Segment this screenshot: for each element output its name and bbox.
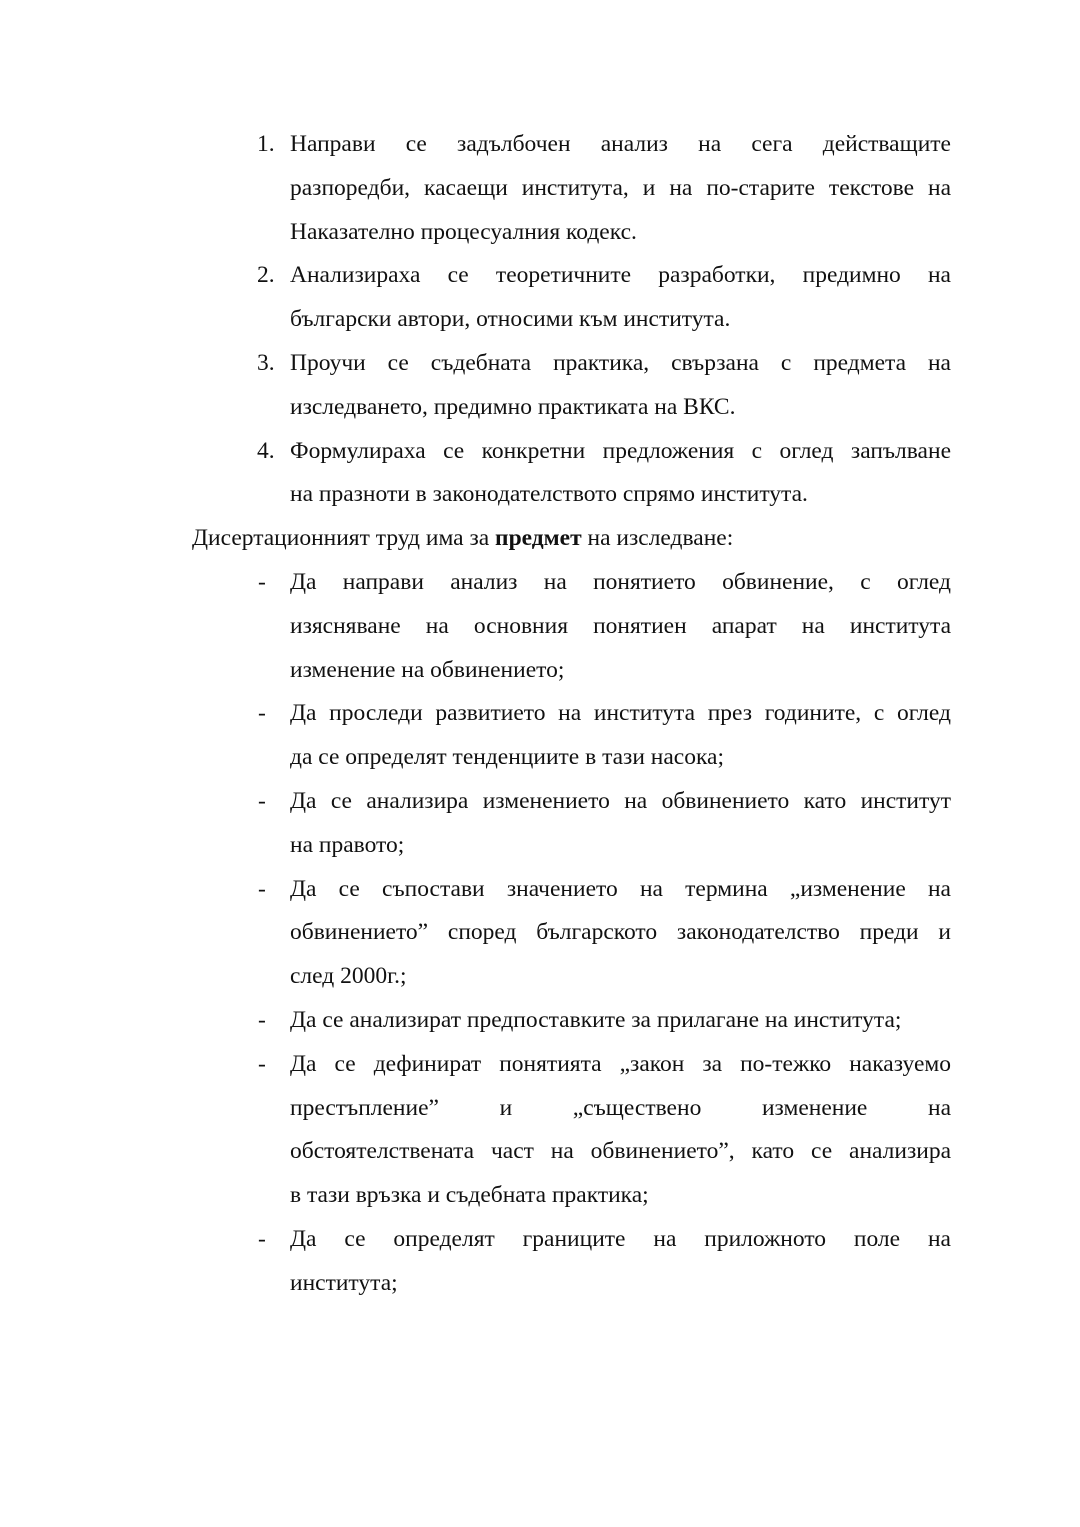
bullet-list-item-line: Да се съпостави значението на термина „и… bbox=[290, 874, 951, 904]
bullet-list-item-line: Да проследи развитието на института през… bbox=[290, 698, 951, 728]
numbered-list-item-line: Анализираха се теоретичните разработки, … bbox=[290, 260, 951, 290]
intro-text-before: Дисертационният труд има за bbox=[192, 525, 495, 551]
bullet-list-item-line: в тази връзка и съдебната практика; bbox=[290, 1180, 649, 1210]
numbered-list-item-line: разпоредби, касаещи института, и на по-с… bbox=[290, 173, 951, 203]
bullet-list-marker: - bbox=[258, 1224, 266, 1254]
numbered-list-item-line: Формулираха се конкретни предложения с о… bbox=[290, 436, 951, 466]
numbered-list-marker: 4. bbox=[257, 436, 275, 466]
bullet-list-item-line: на правото; bbox=[290, 830, 404, 860]
numbered-list-item-line: Наказателно процесуалния кодекс. bbox=[290, 217, 637, 247]
bullet-list-item-line: изясняване на основния понятиен апарат н… bbox=[290, 611, 951, 641]
intro-bold-term: предмет bbox=[495, 525, 582, 551]
numbered-list-marker: 2. bbox=[257, 260, 275, 290]
bullet-list-item-line: обвинението” според българското законода… bbox=[290, 917, 951, 947]
bullet-list-item-line: обстоятелствената част на обвинението”, … bbox=[290, 1136, 951, 1166]
numbered-list-item-line: Направи се задълбочен анализ на сега дей… bbox=[290, 129, 951, 159]
intro-paragraph: Дисертационният труд има за предмет на и… bbox=[192, 523, 733, 553]
numbered-list-item-line: на празноти в законодателството спрямо и… bbox=[290, 479, 808, 509]
bullet-list-marker: - bbox=[258, 1049, 266, 1079]
numbered-list-marker: 3. bbox=[257, 348, 275, 378]
bullet-list-item-line: изменение на обвинението; bbox=[290, 655, 564, 685]
intro-text-after: на изследване: bbox=[582, 525, 734, 551]
bullet-list-marker: - bbox=[258, 567, 266, 597]
bullet-list-item-line: Да се дефинират понятията „закон за по-т… bbox=[290, 1049, 951, 1079]
bullet-list-item-line: Да се анализира изменението на обвинение… bbox=[290, 786, 951, 816]
bullet-list-item-line: след 2000г.; bbox=[290, 961, 407, 991]
bullet-list-marker: - bbox=[258, 786, 266, 816]
numbered-list-item-line: български автори, относими към института… bbox=[290, 304, 730, 334]
numbered-list-marker: 1. bbox=[257, 129, 275, 159]
numbered-list-item-line: изследването, предимно практиката на ВКС… bbox=[290, 392, 735, 422]
bullet-list-item-line: да се определят тенденциите в тази насок… bbox=[290, 742, 724, 772]
bullet-list-item-line: Да направи анализ на понятието обвинение… bbox=[290, 567, 951, 597]
bullet-list-marker: - bbox=[258, 1005, 266, 1035]
bullet-list-item-line: престъпление” и „съществено изменение на bbox=[290, 1093, 951, 1123]
bullet-list-item-line: Да се определят границите на приложното … bbox=[290, 1224, 951, 1254]
document-page: 1.Направи се задълбочен анализ на сега д… bbox=[0, 0, 1080, 1527]
bullet-list-marker: - bbox=[258, 698, 266, 728]
numbered-list-item-line: Проучи се съдебната практика, свързана с… bbox=[290, 348, 951, 378]
bullet-list-item-line: института; bbox=[290, 1268, 398, 1298]
bullet-list-marker: - bbox=[258, 874, 266, 904]
bullet-list-item-line: Да се анализират предпоставките за прила… bbox=[290, 1005, 901, 1035]
